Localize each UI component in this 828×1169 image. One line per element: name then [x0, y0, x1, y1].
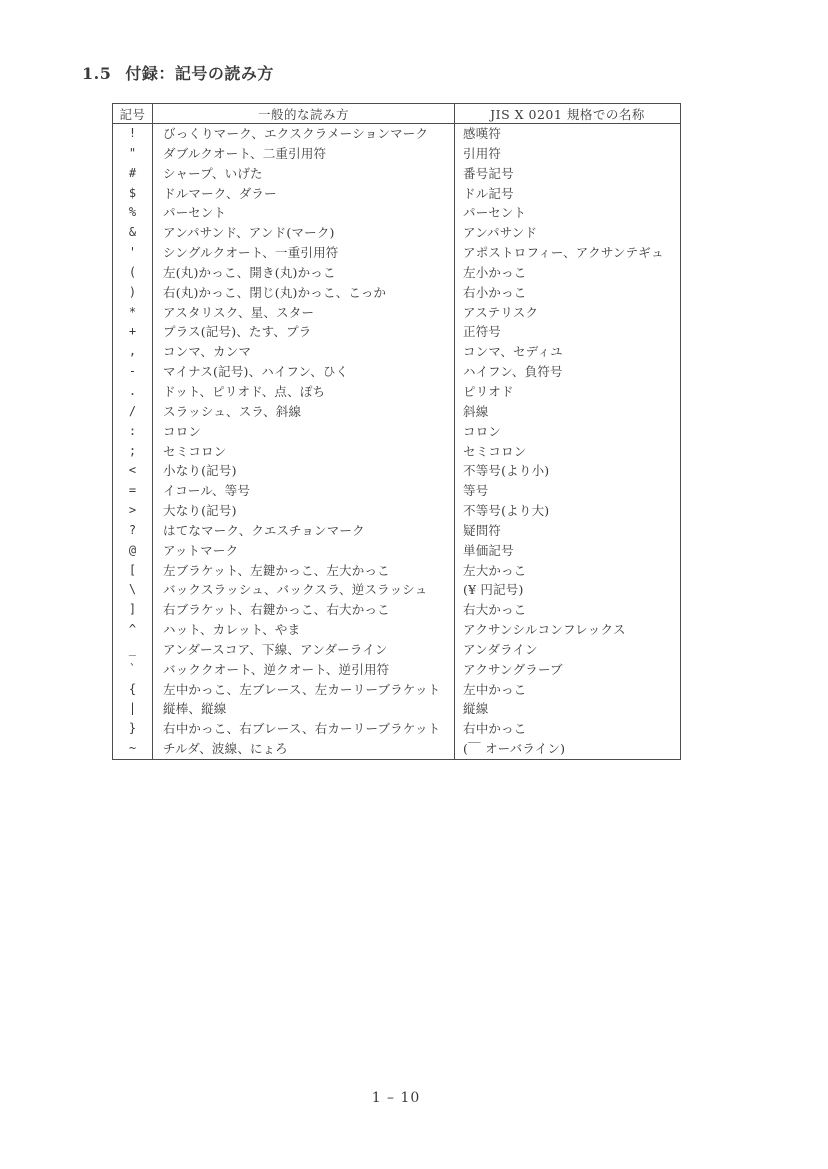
- reading-cell: シングルクオート、一重引用符: [153, 243, 455, 263]
- jis-name-cell: 不等号(より小): [455, 461, 681, 481]
- table-row: ? はてなマーク、クエスチョンマーク 疑問符: [113, 521, 681, 541]
- symbol-cell: ): [113, 283, 153, 303]
- reading-cell: 左ブラケット、左鍵かっこ、左大かっこ: [153, 561, 455, 581]
- symbol-cell: `: [113, 660, 153, 680]
- reading-cell: アンダースコア、下線、アンダーライン: [153, 640, 455, 660]
- reading-cell: バックスラッシュ、バックスラ、逆スラッシュ: [153, 580, 455, 600]
- jis-name-cell: アクサンシルコンフレックス: [455, 620, 681, 640]
- table-row: # シャープ、いげた 番号記号: [113, 164, 681, 184]
- symbol-cell: =: [113, 481, 153, 501]
- symbol-cell: ^: [113, 620, 153, 640]
- reading-cell: コンマ、カンマ: [153, 342, 455, 362]
- table-row: " ダブルクオート、二重引用符 引用符: [113, 144, 681, 164]
- symbol-cell: ': [113, 243, 153, 263]
- symbol-cell: {: [113, 680, 153, 700]
- jis-name-cell: 単価記号: [455, 541, 681, 561]
- jis-name-cell: コロン: [455, 422, 681, 442]
- table-row: ( 左(丸)かっこ、開き(丸)かっこ 左小かっこ: [113, 263, 681, 283]
- table-row: \ バックスラッシュ、バックスラ、逆スラッシュ (¥ 円記号): [113, 580, 681, 600]
- table-row: / スラッシュ、スラ、斜線 斜線: [113, 402, 681, 422]
- table-row: > 大なり(記号) 不等号(より大): [113, 501, 681, 521]
- jis-name-cell: (¥ 円記号): [455, 580, 681, 600]
- symbol-reading-table: 記号 一般的な読み方 JIS X 0201 規格での名称 ! びっくりマーク、エ…: [112, 103, 681, 760]
- jis-name-cell: ピリオド: [455, 382, 681, 402]
- table-row: ; セミコロン セミコロン: [113, 442, 681, 462]
- header-jis-name: JIS X 0201 規格での名称: [455, 104, 681, 124]
- reading-cell: セミコロン: [153, 442, 455, 462]
- symbol-cell: -: [113, 362, 153, 382]
- table-row: < 小なり(記号) 不等号(より小): [113, 461, 681, 481]
- symbol-cell: ,: [113, 342, 153, 362]
- table-row: ) 右(丸)かっこ、閉じ(丸)かっこ、こっか 右小かっこ: [113, 283, 681, 303]
- reading-cell: 小なり(記号): [153, 461, 455, 481]
- table-row: | 縦棒、縦線 縦線: [113, 699, 681, 719]
- reading-cell: ドット、ピリオド、点、ぽち: [153, 382, 455, 402]
- jis-name-cell: セミコロン: [455, 442, 681, 462]
- reading-cell: 大なり(記号): [153, 501, 455, 521]
- jis-name-cell: ハイフン、負符号: [455, 362, 681, 382]
- jis-name-cell: 右中かっこ: [455, 719, 681, 739]
- reading-cell: イコール、等号: [153, 481, 455, 501]
- jis-name-cell: アンパサンド: [455, 223, 681, 243]
- table-row: % パーセント パーセント: [113, 203, 681, 223]
- reading-cell: プラス(記号)、たす、プラ: [153, 322, 455, 342]
- reading-cell: 左中かっこ、左ブレース、左カーリーブラケット: [153, 680, 455, 700]
- symbol-cell: _: [113, 640, 153, 660]
- table-row: @ アットマーク 単価記号: [113, 541, 681, 561]
- jis-name-cell: 左大かっこ: [455, 561, 681, 581]
- jis-name-cell: パーセント: [455, 203, 681, 223]
- jis-name-cell: 正符号: [455, 322, 681, 342]
- jis-name-cell: (￣ オーバライン): [455, 739, 681, 759]
- reading-cell: バッククオート、逆クオート、逆引用符: [153, 660, 455, 680]
- reading-cell: チルダ、波線、にょろ: [153, 739, 455, 759]
- symbol-cell: +: [113, 322, 153, 342]
- reading-cell: 左(丸)かっこ、開き(丸)かっこ: [153, 263, 455, 283]
- reading-cell: 右ブラケット、右鍵かっこ、右大かっこ: [153, 600, 455, 620]
- table-row: : コロン コロン: [113, 422, 681, 442]
- section-heading: 1.5付録：記号の読み方: [82, 61, 274, 84]
- reading-cell: アスタリスク、星、スター: [153, 303, 455, 323]
- table-header-row: 記号 一般的な読み方 JIS X 0201 規格での名称: [113, 104, 681, 124]
- symbol-cell: ": [113, 144, 153, 164]
- symbol-cell: &: [113, 223, 153, 243]
- page-title: 付録：記号の読み方: [125, 64, 274, 83]
- symbol-cell: .: [113, 382, 153, 402]
- jis-name-cell: アンダライン: [455, 640, 681, 660]
- reading-cell: 右(丸)かっこ、閉じ(丸)かっこ、こっか: [153, 283, 455, 303]
- symbol-cell: /: [113, 402, 153, 422]
- symbol-cell: ;: [113, 442, 153, 462]
- table-row: + プラス(記号)、たす、プラ 正符号: [113, 322, 681, 342]
- jis-name-cell: コンマ、セディユ: [455, 342, 681, 362]
- reading-cell: シャープ、いげた: [153, 164, 455, 184]
- jis-name-cell: アステリスク: [455, 303, 681, 323]
- table-row: * アスタリスク、星、スター アステリスク: [113, 303, 681, 323]
- symbol-cell: ?: [113, 521, 153, 541]
- reading-cell: マイナス(記号)、ハイフン、ひく: [153, 362, 455, 382]
- table-row: - マイナス(記号)、ハイフン、ひく ハイフン、負符号: [113, 362, 681, 382]
- jis-name-cell: 右大かっこ: [455, 600, 681, 620]
- table-row: { 左中かっこ、左ブレース、左カーリーブラケット 左中かっこ: [113, 680, 681, 700]
- symbol-cell: ]: [113, 600, 153, 620]
- symbol-cell: (: [113, 263, 153, 283]
- symbol-cell: :: [113, 422, 153, 442]
- symbol-cell: *: [113, 303, 153, 323]
- symbol-cell: \: [113, 580, 153, 600]
- symbol-cell: %: [113, 203, 153, 223]
- table-row: ' シングルクオート、一重引用符 アポストロフィー、アクサンテギュ: [113, 243, 681, 263]
- reading-cell: ダブルクオート、二重引用符: [153, 144, 455, 164]
- section-number: 1.5: [82, 64, 111, 83]
- symbol-cell: <: [113, 461, 153, 481]
- jis-name-cell: 縦線: [455, 699, 681, 719]
- jis-name-cell: 引用符: [455, 144, 681, 164]
- table-row: = イコール、等号 等号: [113, 481, 681, 501]
- reading-cell: コロン: [153, 422, 455, 442]
- table-row: ` バッククオート、逆クオート、逆引用符 アクサングラーブ: [113, 660, 681, 680]
- jis-name-cell: 不等号(より大): [455, 501, 681, 521]
- jis-name-cell: 右小かっこ: [455, 283, 681, 303]
- table-row: [ 左ブラケット、左鍵かっこ、左大かっこ 左大かっこ: [113, 561, 681, 581]
- table-row: } 右中かっこ、右ブレース、右カーリーブラケット 右中かっこ: [113, 719, 681, 739]
- symbol-cell: #: [113, 164, 153, 184]
- jis-name-cell: ドル記号: [455, 184, 681, 204]
- table-row: ~ チルダ、波線、にょろ (￣ オーバライン): [113, 739, 681, 759]
- symbol-cell: }: [113, 719, 153, 739]
- reading-cell: はてなマーク、クエスチョンマーク: [153, 521, 455, 541]
- reading-cell: びっくりマーク、エクスクラメーションマーク: [153, 124, 455, 144]
- jis-name-cell: 等号: [455, 481, 681, 501]
- reading-cell: ドルマーク、ダラー: [153, 184, 455, 204]
- table-row: , コンマ、カンマ コンマ、セディユ: [113, 342, 681, 362]
- symbol-cell: !: [113, 124, 153, 144]
- jis-name-cell: 左小かっこ: [455, 263, 681, 283]
- reading-cell: 縦棒、縦線: [153, 699, 455, 719]
- table-row: ] 右ブラケット、右鍵かっこ、右大かっこ 右大かっこ: [113, 600, 681, 620]
- jis-name-cell: 感嘆符: [455, 124, 681, 144]
- reading-cell: 右中かっこ、右ブレース、右カーリーブラケット: [153, 719, 455, 739]
- symbol-cell: @: [113, 541, 153, 561]
- table-row: & アンパサンド、アンド(マーク) アンパサンド: [113, 223, 681, 243]
- symbol-cell: $: [113, 184, 153, 204]
- reading-cell: アットマーク: [153, 541, 455, 561]
- table-row: . ドット、ピリオド、点、ぽち ピリオド: [113, 382, 681, 402]
- header-symbol: 記号: [113, 104, 153, 124]
- symbol-cell: |: [113, 699, 153, 719]
- jis-name-cell: 左中かっこ: [455, 680, 681, 700]
- table-row: ^ ハット、カレット、やま アクサンシルコンフレックス: [113, 620, 681, 640]
- reading-cell: パーセント: [153, 203, 455, 223]
- header-reading: 一般的な読み方: [153, 104, 455, 124]
- reading-cell: スラッシュ、スラ、斜線: [153, 402, 455, 422]
- symbol-cell: ~: [113, 739, 153, 759]
- jis-name-cell: アクサングラーブ: [455, 660, 681, 680]
- symbol-cell: [: [113, 561, 153, 581]
- symbol-cell: >: [113, 501, 153, 521]
- jis-name-cell: アポストロフィー、アクサンテギュ: [455, 243, 681, 263]
- jis-name-cell: 番号記号: [455, 164, 681, 184]
- page-number: 1 – 10: [0, 1090, 792, 1106]
- reading-cell: ハット、カレット、やま: [153, 620, 455, 640]
- table-row: ! びっくりマーク、エクスクラメーションマーク 感嘆符: [113, 124, 681, 144]
- jis-name-cell: 疑問符: [455, 521, 681, 541]
- reading-cell: アンパサンド、アンド(マーク): [153, 223, 455, 243]
- table-row: $ ドルマーク、ダラー ドル記号: [113, 184, 681, 204]
- table-row: _ アンダースコア、下線、アンダーライン アンダライン: [113, 640, 681, 660]
- jis-name-cell: 斜線: [455, 402, 681, 422]
